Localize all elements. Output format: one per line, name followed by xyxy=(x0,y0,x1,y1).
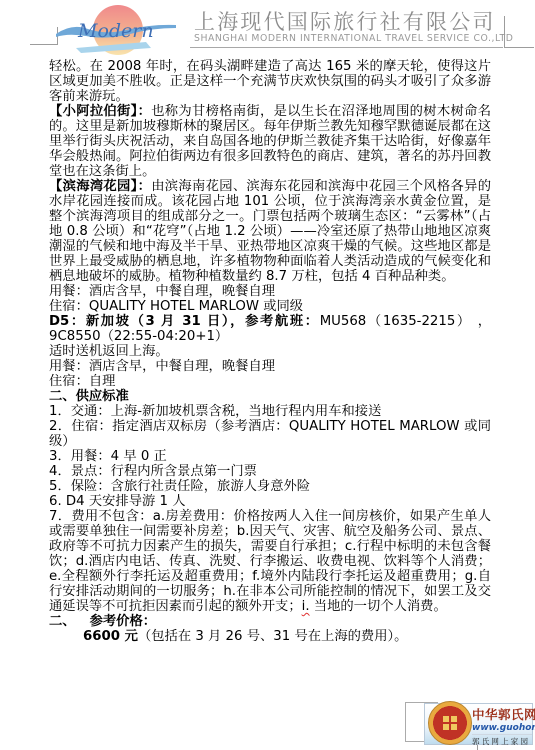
hotel-line-d5: 住宿：自理 xyxy=(49,374,491,389)
price-section-number: 二、 xyxy=(49,614,76,629)
supply-item-transport: 1．交通：上海-新加坡机票含税，当地行程内用车和接送 xyxy=(49,404,491,419)
watermark-slogan: 郭氏网上家园 xyxy=(472,734,532,747)
supply-item-guide: 6. D4 天安排导游 1 人 xyxy=(49,494,491,509)
paragraph-marina-intro: 轻松。在 2008 年时，在码头湖畔建造了高达 165 米的摩天轮，使得这片区域… xyxy=(49,59,491,104)
price-line: 6600 元（包括在 3 月 26 号、31 号在上海的费用）。 xyxy=(49,629,491,644)
supply-item-meals: 3．用餐：4 早 0 正 xyxy=(49,449,491,464)
day5-transfer-line: 适时送机返回上海。 xyxy=(49,344,491,359)
itinerary-body: 轻松。在 2008 年时，在码头湖畔建造了高达 165 米的摩天轮，使得这片区域… xyxy=(49,59,491,644)
watermark-site-url: www.guohome.org xyxy=(472,723,532,733)
price-value: 6600 元 xyxy=(83,629,138,644)
frame-corner-left xyxy=(30,27,58,45)
company-name-en: SHANGHAI MODERN INTERNATIONAL TRAVEL SER… xyxy=(194,33,513,44)
hotel-line-d4: 住宿：QUALITY HOTEL MARLOW 或同级 xyxy=(49,299,491,314)
seal-icon xyxy=(428,701,472,745)
watermark-site-name: 中华郭氏网 xyxy=(472,705,532,723)
price-section-label: 参考价格： xyxy=(90,614,156,629)
arab-street-heading: 【小阿拉伯街】： xyxy=(49,104,151,119)
day5-heading: D5：新加坡（3 月 31 日），参考航班：MU568（1635-2215） ，… xyxy=(49,314,491,344)
meals-line-d4: 用餐：酒店含早，中餐自理，晚餐自理 xyxy=(49,284,491,299)
paragraph-arab-street: 【小阿拉伯街】：也称为甘榜格南街，是以生长在沼泽地周围的树木树命名的。这里是新加… xyxy=(49,104,491,179)
section-supply-standard-title: 二、供应标准 xyxy=(49,389,491,404)
company-name-cn: 上海现代国际旅行社有限公司 xyxy=(194,6,496,36)
paragraph-gardens-by-the-bay: 【滨海湾花园】：由滨海南花园、滨海东花园和滨海中花园三个风格各异的水岸花园连接而… xyxy=(49,179,491,284)
gardens-heading: 【滨海湾花园】： xyxy=(49,179,151,194)
exclusions-item-i: i. xyxy=(302,599,310,614)
document-page: Modern 上海现代国际旅行社有限公司 SHANGHAI MODERN INT… xyxy=(0,0,535,750)
svg-text:Modern: Modern xyxy=(77,20,154,42)
gardens-text: 由滨海南花园、滨海东花园和滨海中花园三个风格各异的水岸花园连接而成。该花园占地 … xyxy=(49,179,491,284)
supply-item-insurance: 5．保险：含旅行社责任险，旅游人身意外险 xyxy=(49,479,491,494)
day5-title: D5：新加坡（3 月 31 日），参考航班： xyxy=(49,314,320,329)
watermark-tick-mark xyxy=(477,745,478,750)
meals-line-d5: 用餐：酒店含早，中餐自理，晚餐自理 xyxy=(49,359,491,374)
supply-item-exclusions: 7．费用不包含：a.房差费用：价格按两人入住一间房核价，如果产生单人或需要单独住… xyxy=(49,509,491,614)
supply-item-sights: 4．景点：行程内所含景点第一门票 xyxy=(49,464,491,479)
section-price-title: 二、参考价格： xyxy=(49,614,491,629)
price-note: （包括在 3 月 26 号、31 号在上海的费用）。 xyxy=(138,629,408,644)
supply-item-hotel: 2．住宿：指定酒店双标房（参考酒店：QUALITY HOTEL MARLOW 或… xyxy=(49,419,491,449)
exclusions-tail: 当地的一切个人消费。 xyxy=(310,599,447,614)
header-divider xyxy=(190,47,503,48)
modern-travel-logo-icon: Modern xyxy=(56,3,182,55)
